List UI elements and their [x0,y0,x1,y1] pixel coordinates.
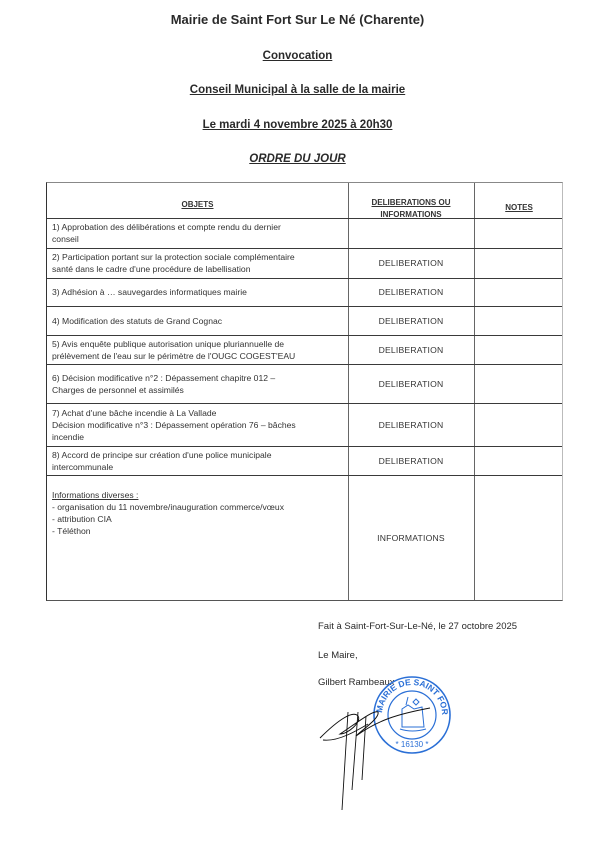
notes-cell[interactable] [475,404,562,446]
notes-cell[interactable] [475,365,562,403]
notes-cell[interactable] [475,307,562,335]
type-cell: DELIBERATION [348,420,474,430]
notes-cell[interactable] [475,219,562,248]
table-row: 7) Achat d'une bâche incendie à La Valla… [47,404,562,447]
objet-cell: 2) Participation portant sur la protecti… [52,251,342,275]
table-row: 1) Approbation des délibérations et comp… [47,219,562,249]
type-cell: INFORMATIONS [348,533,474,543]
type-cell: DELIBERATION [348,456,474,466]
table-row: 4) Modification des statuts de Grand Cog… [47,307,562,336]
notes-cell[interactable] [475,336,562,364]
informations-item: - organisation du 11 novembre/inaugurati… [52,501,342,513]
column-header-notes: NOTES [474,203,564,212]
objet-cell: 3) Adhésion à … sauvegardes informatique… [52,286,342,298]
agenda-heading: ORDRE DU JOUR [0,153,595,165]
objet-cell: 8) Accord de principe sur création d'une… [52,449,342,473]
handwritten-signature-icon [318,690,438,810]
informations-item: - Téléthon [52,525,342,537]
table-row: 6) Décision modificative n°2 : Dépasseme… [47,365,562,404]
notes-cell[interactable] [475,249,562,278]
objet-cell: 4) Modification des statuts de Grand Cog… [52,315,342,327]
signature-place-date: Fait à Saint-Fort-Sur-Le-Né, le 27 octob… [318,621,517,632]
informations-title: Informations diverses : [52,489,342,501]
document-title: Mairie de Saint Fort Sur Le Né (Charente… [0,12,595,27]
table-header-row: OBJETS DELIBERATIONS OU INFORMATIONS NOT… [47,183,562,219]
column-header-objets: OBJETS [47,200,348,209]
objet-cell: 6) Décision modificative n°2 : Dépasseme… [52,372,342,396]
signature-role: Le Maire, [318,650,358,661]
agenda-table: OBJETS DELIBERATIONS OU INFORMATIONS NOT… [46,182,563,601]
type-cell: DELIBERATION [348,345,474,355]
type-cell: DELIBERATION [348,287,474,297]
table-row: 5) Avis enquête publique autorisation un… [47,336,562,365]
column-header-type: DELIBERATIONS OU INFORMATIONS [348,197,474,221]
objet-cell: 1) Approbation des délibérations et comp… [52,221,342,245]
table-row-informations: Informations diverses : - organisation d… [47,476,562,602]
table-row: 8) Accord de principe sur création d'une… [47,447,562,476]
informations-item: - attribution CIA [52,513,342,525]
type-cell: DELIBERATION [348,258,474,268]
objet-cell: 5) Avis enquête publique autorisation un… [52,338,342,362]
meeting-heading: Conseil Municipal à la salle de la mairi… [0,84,595,96]
objet-cell: 7) Achat d'une bâche incendie à La Valla… [52,407,342,443]
notes-cell[interactable] [475,279,562,306]
meeting-date: Le mardi 4 novembre 2025 à 20h30 [0,119,595,131]
table-row: 2) Participation portant sur la protecti… [47,249,562,279]
table-row: 3) Adhésion à … sauvegardes informatique… [47,279,562,307]
convocation-heading: Convocation [0,50,595,62]
notes-cell[interactable] [475,447,562,475]
informations-cell: Informations diverses : - organisation d… [52,489,342,537]
type-cell: DELIBERATION [348,379,474,389]
type-cell: DELIBERATION [348,316,474,326]
